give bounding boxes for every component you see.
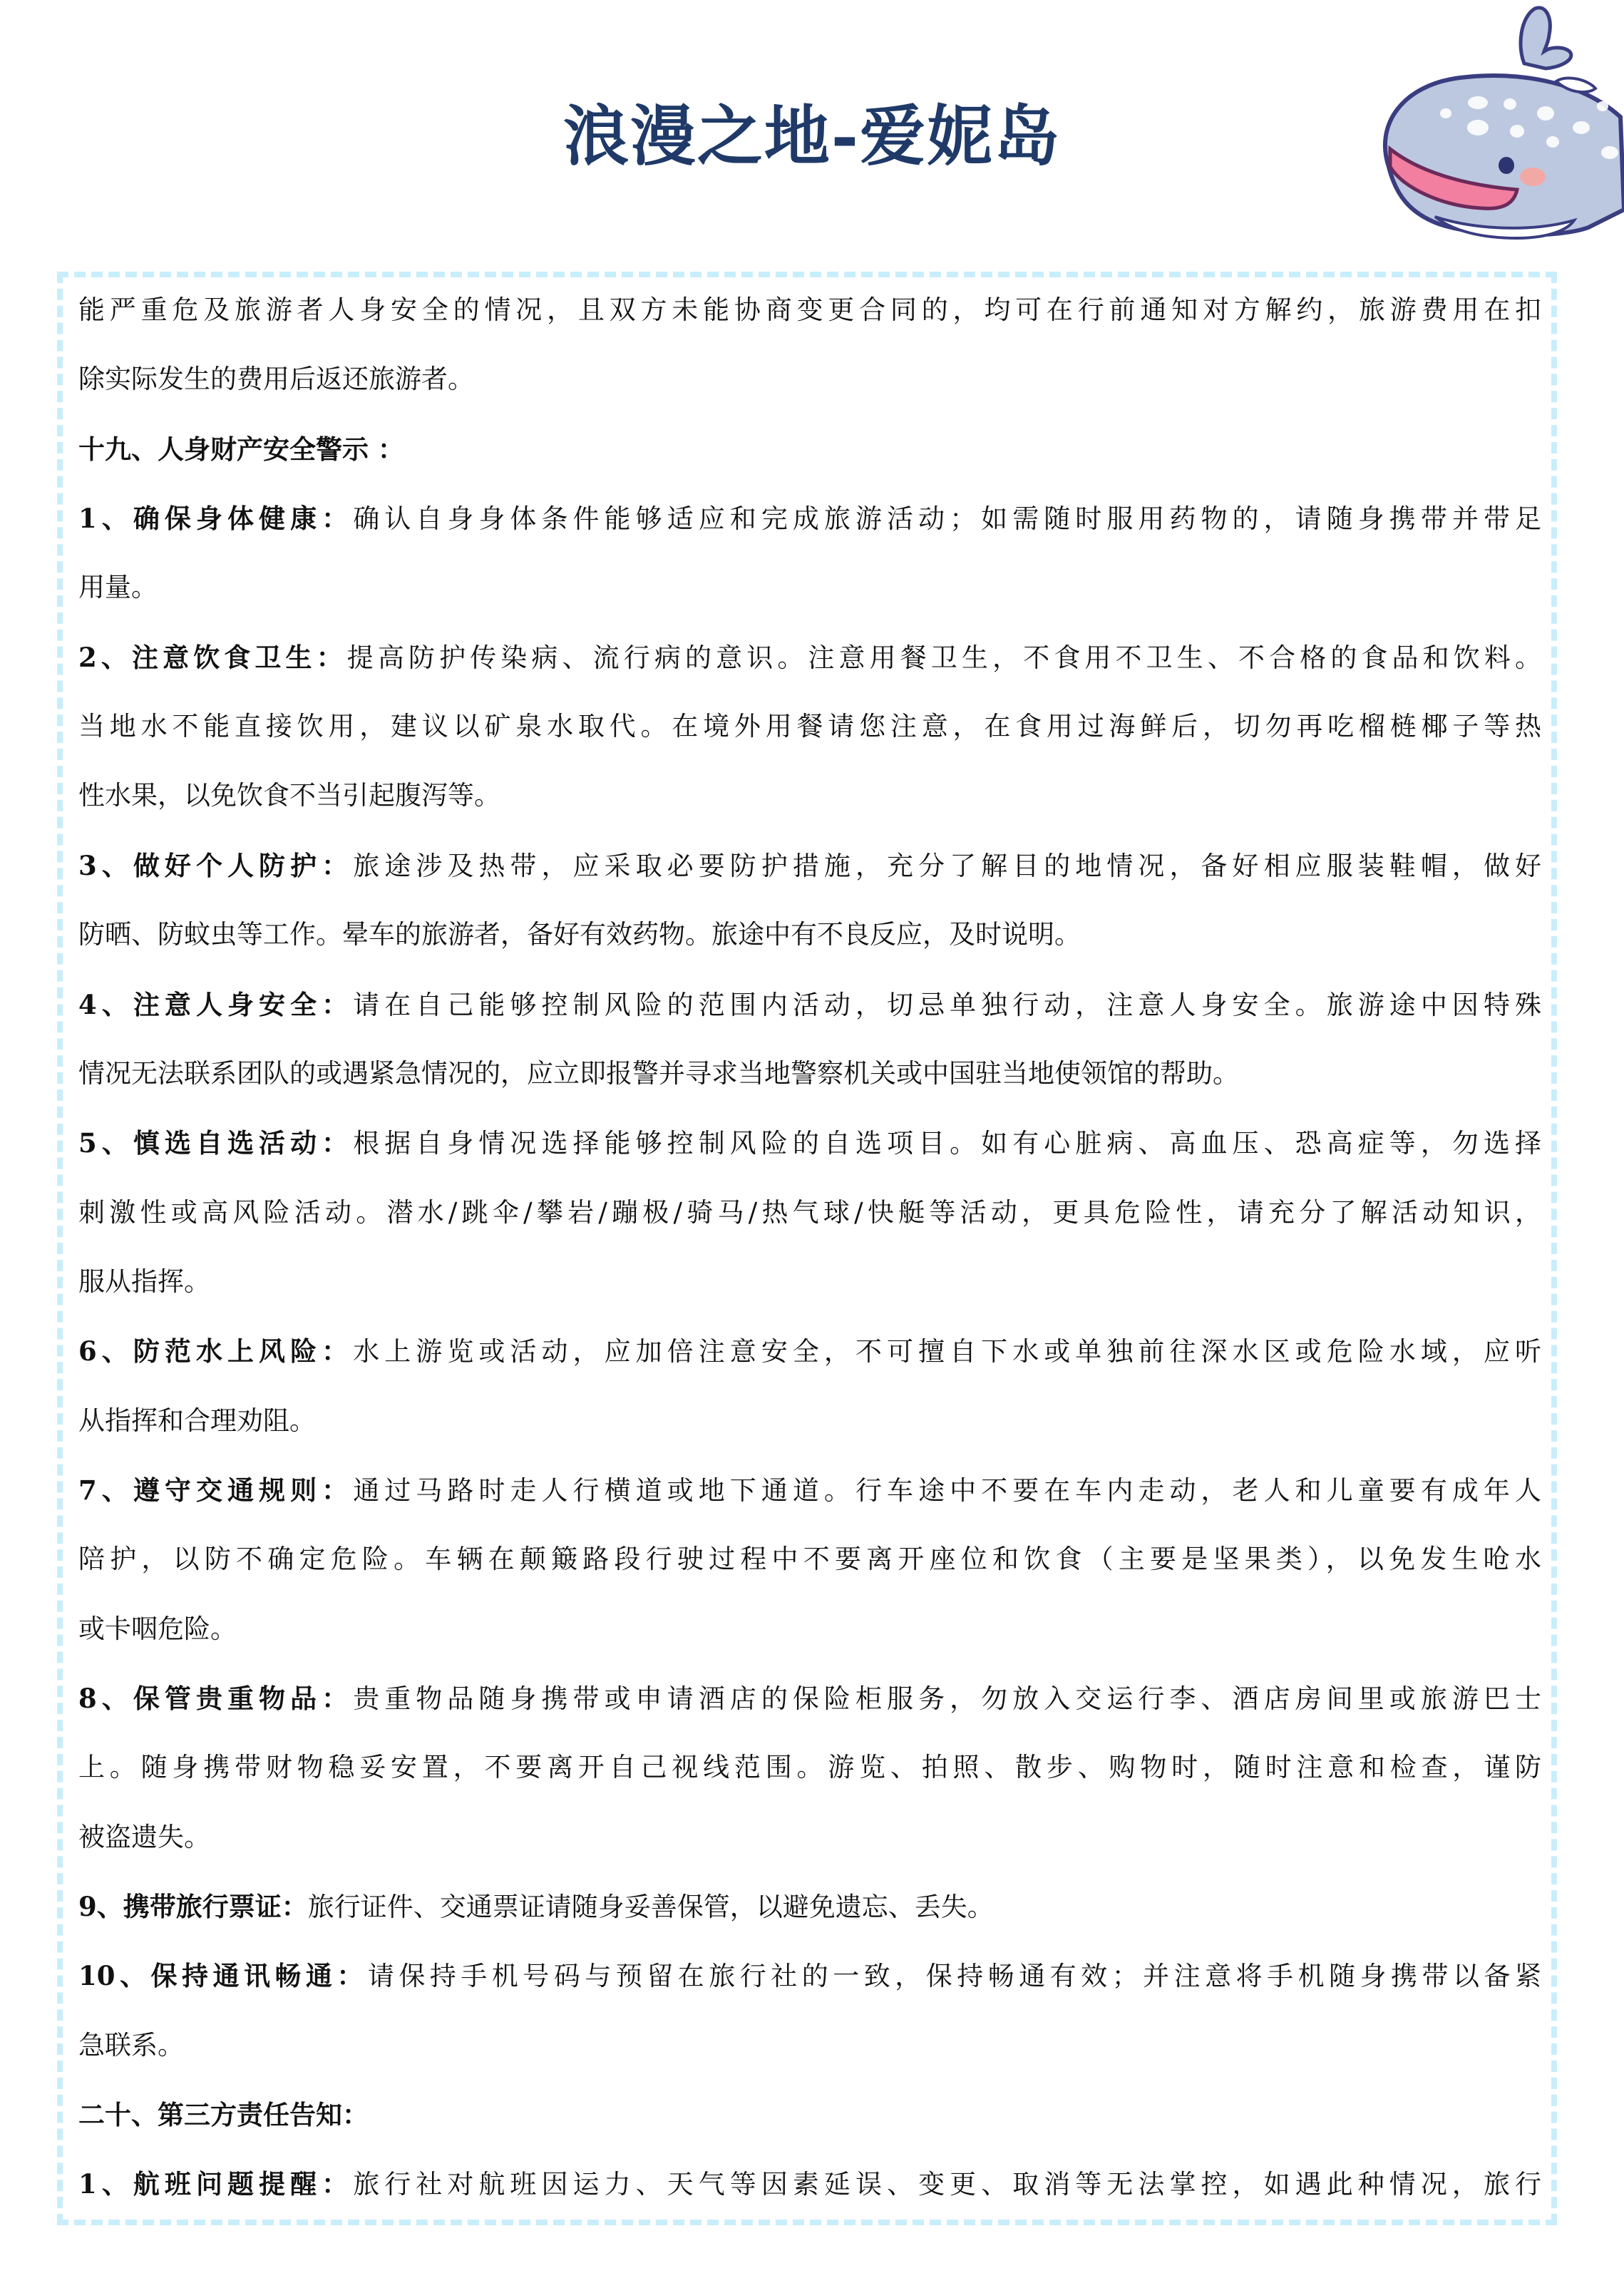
item-text: 服从指挥。 [78,1266,210,1297]
text-line: 或卡咽危险。 [78,1608,1541,1651]
item-text: 防晒、防蚊虫等工作。晕车的旅游者，备好有效药物。旅途中有不良反应，及时说明。 [78,919,1081,950]
item-text: 能严重危及旅游者人身安全的情况，且双方未能协商变更合同的，均可在行前通知对方解约… [78,294,1541,325]
section-heading: 十九、人身财产安全警示 ： [78,428,1541,471]
item-text: 旅行证件、交通票证请随身妥善保管，以避免遗忘、丢失。 [308,1892,994,1922]
text-line: 当地水不能直接饮用，建议以矿泉水取代。在境外用餐请您注意，在食用过海鲜后，切勿再… [78,705,1541,748]
whale-mascot-icon [1374,3,1624,242]
item-heading: 3、做好个人防护： [78,850,353,881]
item-text: 根据自身情况选择能够控制风险的自选项目。如有心脏病、高血压、恐高症等，勿选择 [353,1128,1541,1159]
item-heading: 9、携带旅行票证： [78,1891,308,1922]
item-text: 旅途涉及热带，应采取必要防护措施，充分了解目的地情况，备好相应服装鞋帽，做好 [353,851,1541,881]
item-heading: 8、保管贵重物品： [78,1683,353,1714]
text-line: 急联系。 [78,2024,1541,2067]
item-text: 旅行社对航班因运力、天气等因素延误、变更、取消等无法掌控，如遇此种情况，旅行 [353,2169,1541,2200]
text-line: 服从指挥。 [78,1261,1541,1303]
text-line: 陪护，以防不确定危险。车辆在颠簸路段行驶过程中不要离开座位和饮食（主要是坚果类）… [78,1538,1541,1581]
item-heading: 1、航班问题提醒： [78,2168,353,2200]
item-text: 确认自身身体条件能够适应和完成旅游活动；如需随时服用药物的，请随身携带并带足 [353,503,1541,534]
section-heading: 二十、第三方责任告知： [78,2093,1541,2136]
text-line: 1、确保身体健康：确认自身身体条件能够适应和完成旅游活动；如需随时服用药物的，请… [78,497,1541,540]
item-text: 用量。 [78,572,158,602]
text-line: 用量。 [78,566,1541,609]
text-line: 3、做好个人防护：旅途涉及热带，应采取必要防护措施，充分了解目的地情况，备好相应… [78,844,1541,887]
text-line: 2、注意饮食卫生：提高防护传染病、流行病的意识。注意用餐卫生，不食用不卫生、不合… [78,636,1541,679]
item-heading: 10、保持通讯畅通： [78,1960,368,1991]
text-line: 从指挥和合理劝阻。 [78,1400,1541,1442]
text-line: 情况无法联系团队的或遇紧急情况的，应立即报警并寻求当地警察机关或中国驻当地使领馆… [78,1052,1541,1095]
item-heading: 6、防范水上风险： [78,1335,353,1367]
item-text: 贵重物品随身携带或申请酒店的保险柜服务，勿放入交运行李、酒店房间里或旅游巴士 [353,1683,1541,1714]
item-text: 从指挥和合理劝阻。 [78,1405,316,1436]
item-text: 请在自己能够控制风险的范围内活动，切忌单独行动，注意人身安全。旅游途中因特殊 [353,990,1541,1020]
item-heading: 5、慎选自选活动： [78,1127,353,1159]
item-heading: 1、确保身体健康： [78,503,353,534]
text-line: 7、遵守交通规则：通过马路时走人行横道或地下通道。行车途中不要在车内走动，老人和… [78,1469,1541,1512]
item-heading: 二十、第三方责任告知： [78,2099,369,2130]
text-line: 5、慎选自选活动：根据自身情况选择能够控制风险的自选项目。如有心脏病、高血压、恐… [78,1122,1541,1164]
item-text: 请保持手机号码与预留在旅行社的一致，保持畅通有效；并注意将手机随身携带以备紧 [368,1961,1541,1991]
text-line: 8、保管贵重物品：贵重物品随身携带或申请酒店的保险柜服务，勿放入交运行李、酒店房… [78,1677,1541,1720]
text-line: 10、保持通讯畅通：请保持手机号码与预留在旅行社的一致，保持畅通有效；并注意将手… [78,1954,1541,1997]
item-text: 或卡咽危险。 [78,1614,237,1644]
text-line: 1、航班问题提醒：旅行社对航班因运力、天气等因素延误、变更、取消等无法掌控，如遇… [78,2163,1541,2205]
text-line: 6、防范水上风险：水上游览或活动，应加倍注意安全，不可擅自下水或单独前往深水区或… [78,1330,1541,1373]
text-line: 4、注意人身安全：请在自己能够控制风险的范围内活动，切忌单独行动，注意人身安全。… [78,983,1541,1026]
content-dashed-border [57,272,1557,2225]
item-heading: 十九、人身财产安全警示 ： [78,433,404,465]
item-text: 急联系。 [78,2030,184,2061]
item-heading: 4、注意人身安全： [78,989,353,1020]
item-text: 被盗遗失。 [78,1822,210,1852]
text-line: 上。随身携带财物稳妥安置，不要离开自己视线范围。游览、拍照、散步、购物时，随时注… [78,1746,1541,1789]
text-line: 防晒、防蚊虫等工作。晕车的旅游者，备好有效药物。旅途中有不良反应，及时说明。 [78,913,1541,956]
item-text: 刺激性或高风险活动。潜水/跳伞/攀岩/蹦极/骑马/热气球/快艇等活动，更具危险性… [78,1197,1541,1228]
item-text: 通过马路时走人行横道或地下通道。行车途中不要在车内走动，老人和儿童要有成年人 [353,1475,1541,1506]
text-line: 刺激性或高风险活动。潜水/跳伞/攀岩/蹦极/骑马/热气球/快艇等活动，更具危险性… [78,1191,1541,1234]
text-line: 被盗遗失。 [78,1816,1541,1859]
item-text: 除实际发生的费用后返还旅游者。 [78,364,474,394]
text-line: 能严重危及旅游者人身安全的情况，且双方未能协商变更合同的，均可在行前通知对方解约… [78,289,1541,332]
item-heading: 7、遵守交通规则： [78,1474,353,1506]
item-text: 情况无法联系团队的或遇紧急情况的，应立即报警并寻求当地警察机关或中国驻当地使领馆… [78,1058,1239,1089]
item-text: 上。随身携带财物稳妥安置，不要离开自己视线范围。游览、拍照、散步、购物时，随时注… [78,1752,1541,1782]
item-heading: 2、注意饮食卫生： [78,642,347,673]
item-text: 提高防护传染病、流行病的意识。注意用餐卫生，不食用不卫生、不合格的食品和饮料。 [347,642,1541,673]
item-text: 陪护，以防不确定危险。车辆在颠簸路段行驶过程中不要离开座位和饮食（主要是坚果类）… [78,1544,1541,1574]
item-text: 水上游览或活动，应加倍注意安全，不可擅自下水或单独前往深水区或危险水域，应听 [353,1336,1541,1367]
item-text: 当地水不能直接饮用，建议以矿泉水取代。在境外用餐请您注意，在食用过海鲜后，切勿再… [78,711,1541,742]
text-line: 性水果，以免饮食不当引起腹泻等。 [78,774,1541,817]
item-text: 性水果，以免饮食不当引起腹泻等。 [78,780,500,811]
text-line: 9、携带旅行票证：旅行证件、交通票证请随身妥善保管，以避免遗忘、丢失。 [78,1885,1541,1928]
text-line: 除实际发生的费用后返还旅游者。 [78,358,1541,401]
